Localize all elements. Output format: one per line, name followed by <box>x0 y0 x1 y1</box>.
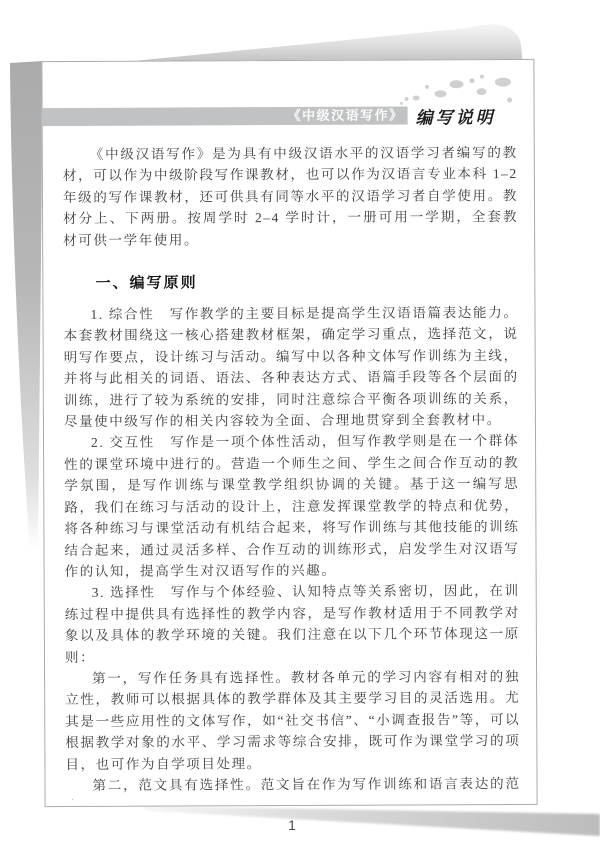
back-sheet-top-edge <box>128 24 523 61</box>
section-heading: 一、编写原则 <box>63 271 518 295</box>
principle-paragraph-3: 3. 选择性 写作与个体经验、认知特点等关系密切，因此，在训练过程中提供具有选择… <box>65 580 520 668</box>
back-sheet-bottom-edge <box>140 806 600 836</box>
scanned-book-page-screenshot: { "header": { "book_title": "《中级汉语写作》", … <box>0 0 600 852</box>
book-title: 《中级汉语写作》 <box>288 106 404 125</box>
spine-shadow <box>10 61 43 550</box>
detail-paragraph-1: 第一，写作任务具有选择性。教材各单元的学习内容有相对的独立性，教师可以根据具体的… <box>65 666 520 775</box>
book-page: 《中级汉语写作》 编写说明 《中级汉语写作》是为具有中级汉语水平的汉语学习者编写… <box>41 59 537 807</box>
header-bar: 《中级汉语写作》 <box>42 106 408 126</box>
principle-paragraph-1: 1. 综合性 写作教学的主要目标是提高学生汉语语篇表达能力。本套教材围绕这一核心… <box>63 302 519 432</box>
detail-paragraph-2: 第二，范文具有选择性。范文旨在作为写作训练和语言表达的范本， <box>65 773 520 800</box>
deco-dots-icon <box>392 68 522 115</box>
page-body: 《中级汉语写作》是为具有中级汉语水平的汉语学习者编写的教材，可以作为中级阶段写作… <box>63 142 521 800</box>
page-number: 1 <box>282 817 302 833</box>
intro-paragraph: 《中级汉语写作》是为具有中级汉语水平的汉语学习者编写的教材，可以作为中级阶段写作… <box>63 142 518 251</box>
principle-paragraph-2: 2. 交互性 写作是一项个体性活动，但写作教学则是在一个群体性的课堂环境中进行的… <box>64 430 520 582</box>
